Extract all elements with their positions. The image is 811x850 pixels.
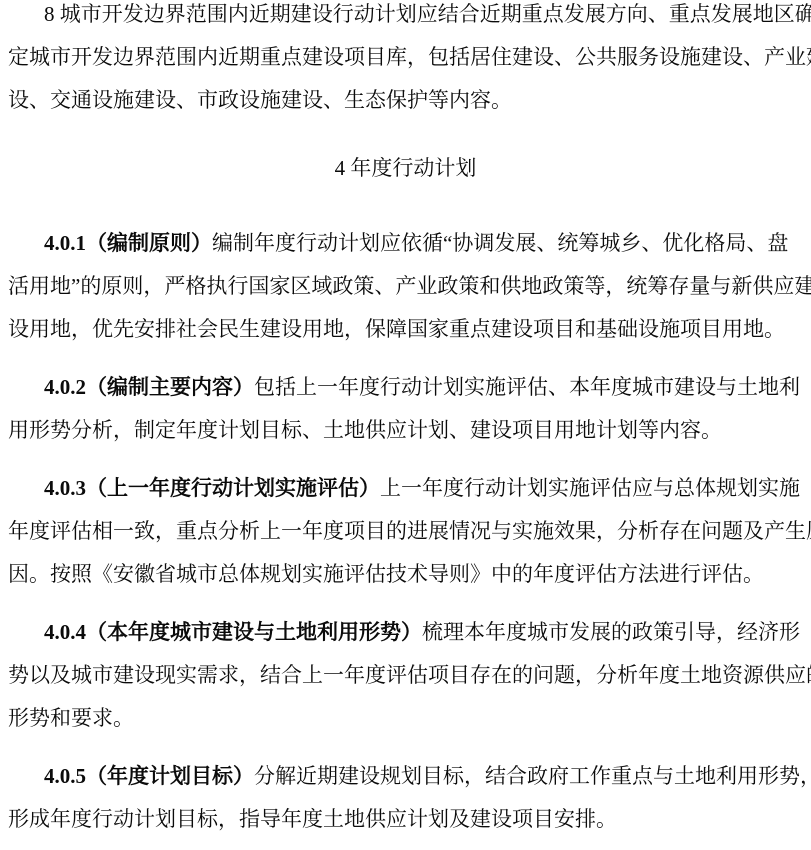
section-heading: 4 年度行动计划 (0, 147, 811, 190)
intro-paragraph: 8 城市开发边界范围内近期建设行动计划应结合近期重点发展方向、重点发展地区确 定… (0, 0, 811, 122)
text-line: 设、交通设施建设、市政设施建设、生态保护等内容。 (8, 79, 811, 122)
text-line: 势以及城市建设现实需求，结合上一年度评估项目存在的问题，分析年度土地资源供应的 (8, 654, 811, 697)
document-page: 8 城市开发边界范围内近期建设行动计划应结合近期重点发展方向、重点发展地区确 定… (0, 0, 811, 850)
clause-label: 4.0.3（上一年度行动计划实施评估） (44, 476, 380, 500)
clause-text: 包括上一年度行动计划实施评估、本年度城市建设与土地利 (254, 375, 800, 399)
clause-text: 编制年度行动计划应依循“协调发展、统筹城乡、优化格局、盘 (212, 231, 788, 255)
clause-4-0-3: 4.0.3（上一年度行动计划实施评估）上一年度行动计划实施评估应与总体规划实施 … (0, 467, 811, 596)
clause-4-0-1: 4.0.1（编制原则）编制年度行动计划应依循“协调发展、统筹城乡、优化格局、盘 … (0, 222, 811, 351)
clause-text: 梳理本年度城市发展的政策引导，经济形 (422, 620, 800, 644)
text-line: 4.0.4（本年度城市建设与土地利用形势）梳理本年度城市发展的政策引导，经济形 (8, 611, 811, 654)
clause-label: 4.0.5（年度计划目标） (44, 764, 254, 788)
clause-label: 4.0.1（编制原则） (44, 231, 212, 255)
text-line: 因。按照《安徽省城市总体规划实施评估技术导则》中的年度评估方法进行评估。 (8, 553, 811, 596)
text-line: 定城市开发边界范围内近期重点建设项目库，包括居住建设、公共服务设施建设、产业建 (8, 36, 811, 79)
clause-label: 4.0.4（本年度城市建设与土地利用形势） (44, 620, 422, 644)
text-line: 4.0.1（编制原则）编制年度行动计划应依循“协调发展、统筹城乡、优化格局、盘 (8, 222, 811, 265)
text-line: 用形势分析，制定年度计划目标、土地供应计划、建设项目用地计划等内容。 (8, 409, 811, 452)
clause-4-0-2: 4.0.2（编制主要内容）包括上一年度行动计划实施评估、本年度城市建设与土地利 … (0, 366, 811, 452)
clause-text: 上一年度行动计划实施评估应与总体规划实施 (380, 476, 800, 500)
text-line: 活用地”的原则，严格执行国家区域政策、产业政策和供地政策等，统筹存量与新供应建 (8, 265, 811, 308)
text-line: 4.0.2（编制主要内容）包括上一年度行动计划实施评估、本年度城市建设与土地利 (8, 366, 811, 409)
text-line: 形成年度行动计划目标，指导年度土地供应计划及建设项目安排。 (8, 798, 811, 841)
clause-4-0-5: 4.0.5（年度计划目标）分解近期建设规划目标，结合政府工作重点与土地利用形势，… (0, 755, 811, 841)
clause-label: 4.0.2（编制主要内容） (44, 375, 254, 399)
text-line: 形势和要求。 (8, 697, 811, 740)
text-line: 8 城市开发边界范围内近期建设行动计划应结合近期重点发展方向、重点发展地区确 (8, 0, 811, 36)
document-content: 8 城市开发边界范围内近期建设行动计划应结合近期重点发展方向、重点发展地区确 定… (0, 0, 811, 841)
text-line: 4.0.5（年度计划目标）分解近期建设规划目标，结合政府工作重点与土地利用形势， (8, 755, 811, 798)
text-line: 年度评估相一致，重点分析上一年度项目的进展情况与实施效果，分析存在问题及产生原 (8, 510, 811, 553)
text-line: 4.0.3（上一年度行动计划实施评估）上一年度行动计划实施评估应与总体规划实施 (8, 467, 811, 510)
clause-text: 分解近期建设规划目标，结合政府工作重点与土地利用形势， (254, 764, 811, 788)
text-line: 设用地，优先安排社会民生建设用地，保障国家重点建设项目和基础设施项目用地。 (8, 308, 811, 351)
clause-4-0-4: 4.0.4（本年度城市建设与土地利用形势）梳理本年度城市发展的政策引导，经济形 … (0, 611, 811, 740)
